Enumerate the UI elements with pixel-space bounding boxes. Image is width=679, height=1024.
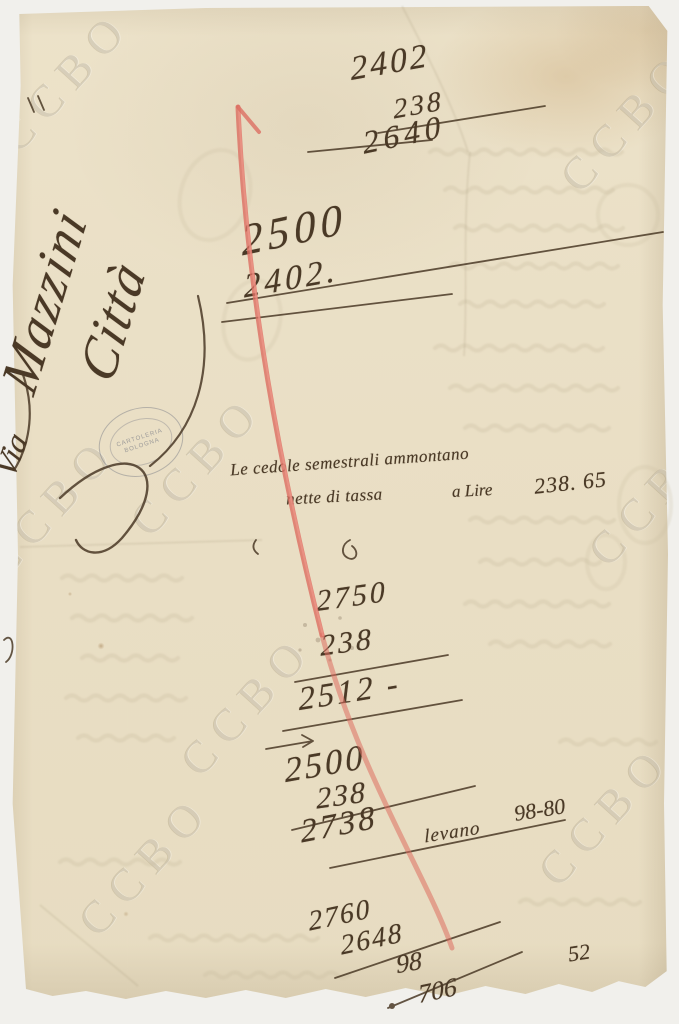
final-sum-value-3: 98: [395, 946, 423, 981]
scanned-manuscript-page: { "watermark": {"text": "CCBO"}, "margin…: [0, 0, 679, 1024]
stamp-inner-ring: CARTOLERIA BOLOGNA: [103, 410, 178, 474]
watermark-ccbo: CCBO: [6, 6, 142, 163]
watermark-ccbo: CCBO: [67, 782, 222, 946]
watermark-ccbo: CCBO: [549, 38, 672, 202]
ink-blob: [389, 1003, 395, 1009]
final-sum-value-4: 706: [417, 972, 458, 1010]
note-line-2b: a Lire: [452, 480, 493, 502]
watermark-ccbo: CCBO: [577, 412, 672, 576]
edge-pen-mark: [4, 638, 13, 662]
corner-number: 52: [566, 939, 591, 968]
